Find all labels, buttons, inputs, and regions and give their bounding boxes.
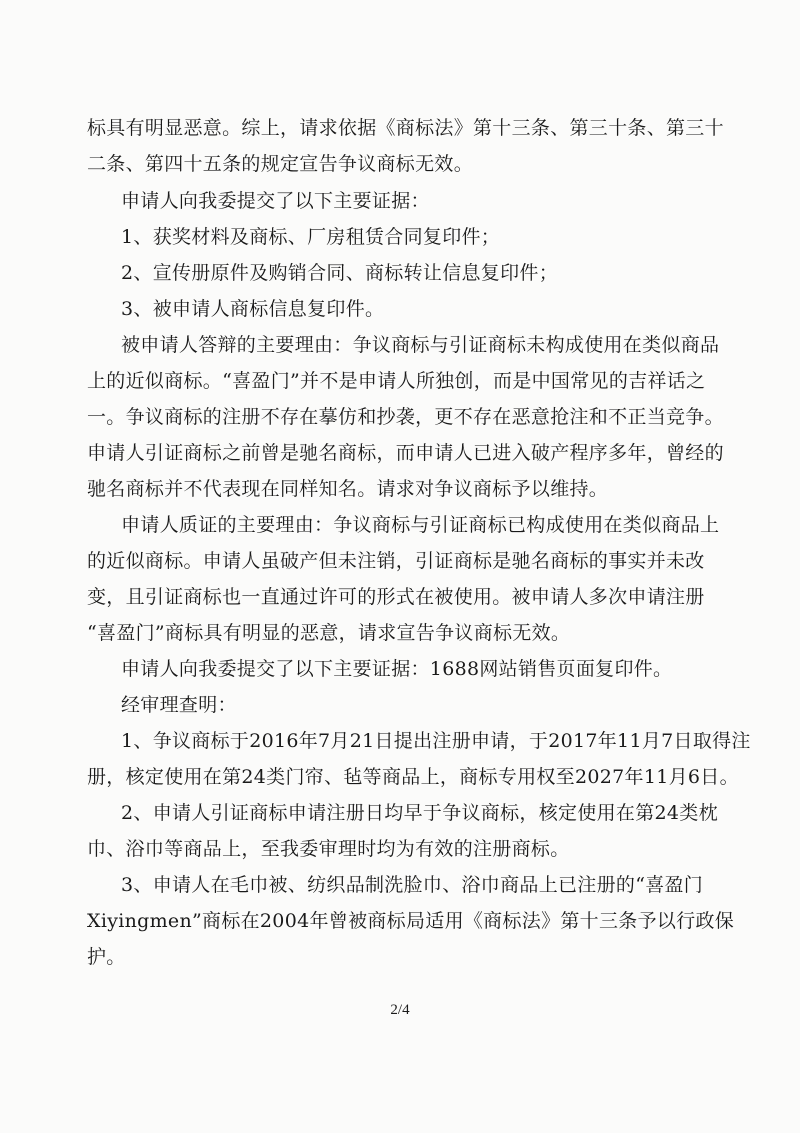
text-line: 申请人向我委提交了以下主要证据：1688网站销售页面复印件。 — [121, 657, 727, 681]
text-line: 巾、浴巾等商品上，至我委审理时均为有效的注册商标。 — [87, 837, 727, 861]
document-page: 标具有明显恶意。综上，请求依据《商标法》第十三条、第三十条、第三十 二条、第四十… — [0, 0, 800, 1133]
list-item: 1、争议商标于2016年7月21日提出注册申请，于2017年11月7日取得注 — [121, 729, 727, 753]
page-number: 2/4 — [0, 1002, 800, 1019]
text-line: 申请人质证的主要理由：争议商标与引证商标已构成使用在类似商品上 — [121, 513, 727, 537]
text-line: 驰名商标并不代表现在同样知名。请求对争议商标予以维持。 — [87, 477, 727, 501]
text-line: 经审理查明： — [121, 693, 727, 717]
text-line: 变，且引证商标也一直通过许可的形式在被使用。被申请人多次申请注册 — [87, 585, 727, 609]
text-line: Xiyingmen”商标在2004年曾被商标局适用《商标法》第十三条予以行政保 — [87, 909, 727, 933]
text-line: 上的近似商标。“喜盈门”并不是申请人所独创，而是中国常见的吉祥话之 — [87, 369, 727, 393]
text-line: 标具有明显恶意。综上，请求依据《商标法》第十三条、第三十条、第三十 — [87, 116, 727, 140]
text-line: 一。争议商标的注册不存在摹仿和抄袭，更不存在恶意抢注和不正当竞争。 — [87, 405, 727, 429]
list-item: 2、宣传册原件及购销合同、商标转让信息复印件； — [121, 261, 727, 285]
text-line: 申请人引证商标之前曾是驰名商标，而申请人已进入破产程序多年，曾经的 — [87, 441, 727, 465]
list-item: 1、获奖材料及商标、厂房租赁合同复印件； — [121, 225, 727, 249]
text-line: “喜盈门”商标具有明显的恶意，请求宣告争议商标无效。 — [87, 621, 727, 645]
text-line: 被申请人答辩的主要理由：争议商标与引证商标未构成使用在类似商品 — [121, 333, 727, 357]
text-line: 二条、第四十五条的规定宣告争议商标无效。 — [87, 152, 727, 176]
text-line: 护。 — [87, 945, 727, 969]
list-item: 3、申请人在毛巾被、纺织品制洗脸巾、浴巾商品上已注册的“喜盈门 — [121, 873, 727, 897]
text-line: 申请人向我委提交了以下主要证据： — [121, 189, 727, 213]
text-line: 册，核定使用在第24类门帘、毡等商品上，商标专用权至2027年11月6日。 — [87, 765, 727, 789]
list-item: 2、申请人引证商标申请注册日均早于争议商标，核定使用在第24类枕 — [121, 801, 727, 825]
text-line: 的近似商标。申请人虽破产但未注销，引证商标是驰名商标的事实并未改 — [87, 549, 727, 573]
list-item: 3、被申请人商标信息复印件。 — [121, 297, 727, 321]
